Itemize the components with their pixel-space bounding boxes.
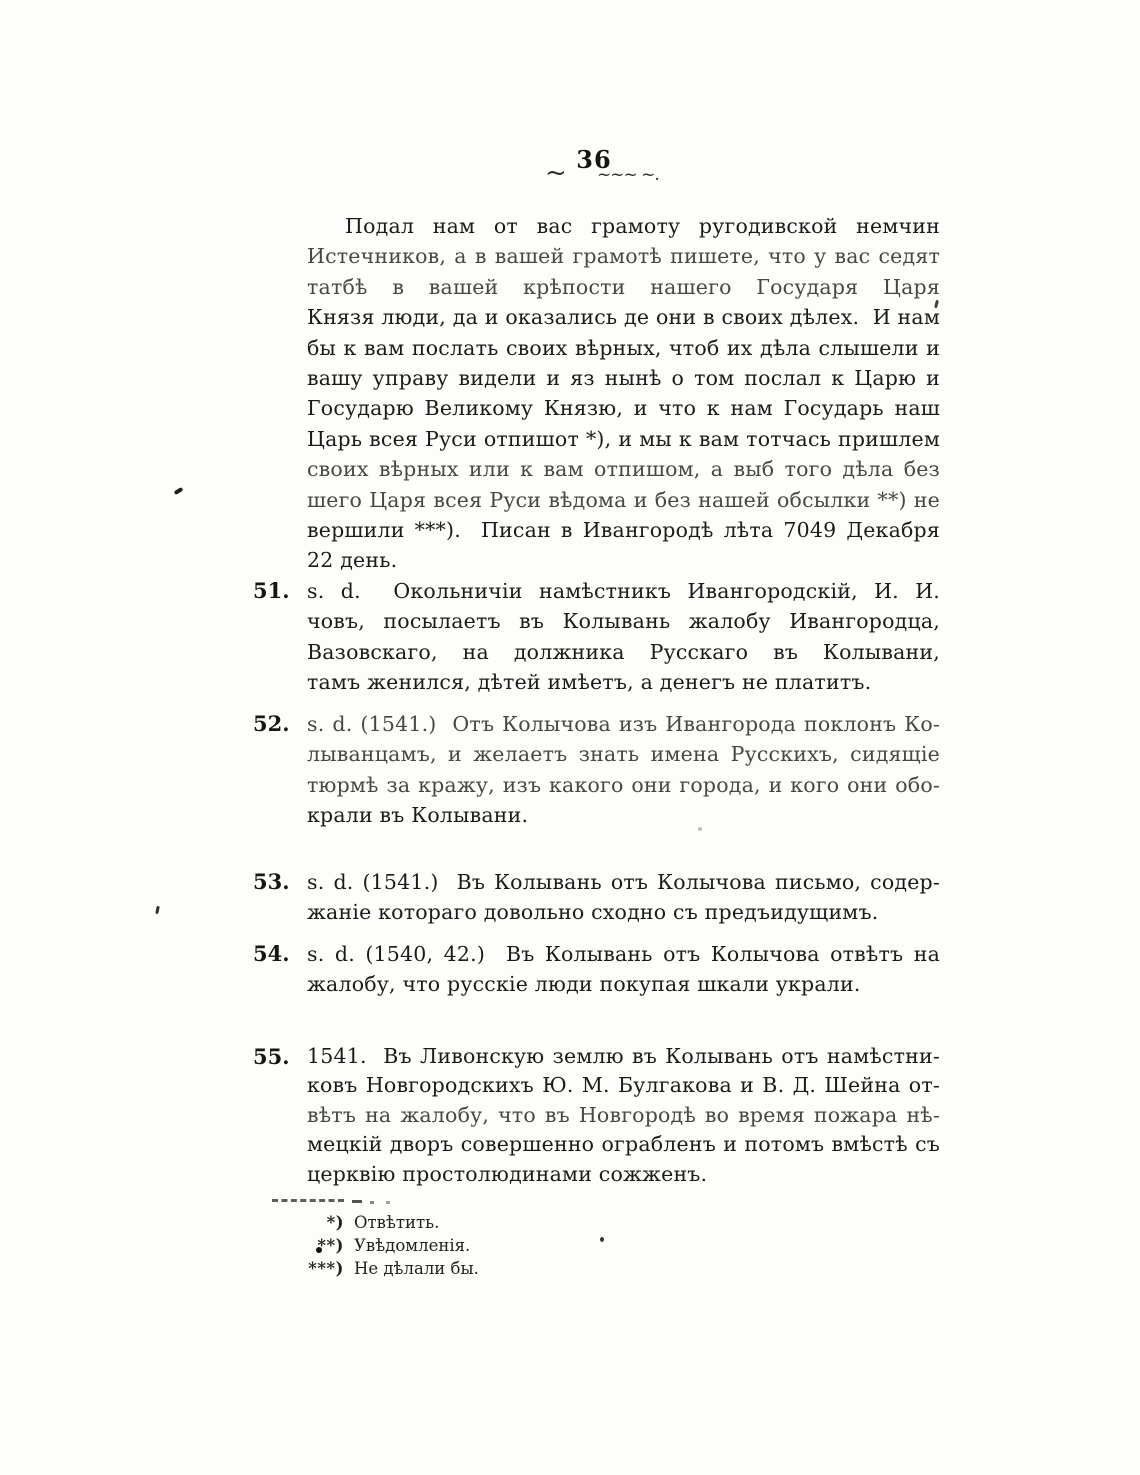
entry-53-number: 53. <box>253 867 301 897</box>
header-ornament-left-icon: ~ <box>545 158 567 188</box>
footnote-text: Увѣдомленія. <box>354 1236 470 1255</box>
entry-54: s. d. (1540, 42.) Въ Колывань отъ Колычо… <box>307 939 940 1000</box>
footnote-text: Отвѣтить. <box>354 1213 439 1232</box>
entry-55: 1541. Въ Ливонскую землю въ Колывань отъ… <box>307 1042 940 1189</box>
footnote-marker: *) <box>276 1211 344 1234</box>
paragraph-line: бы к вам послать своих вѣрных, чтоб их д… <box>307 333 940 363</box>
paragraph-line: Подал нам от вас грамоту ругодивской нем… <box>307 211 940 241</box>
scan-artifact <box>316 1247 322 1253</box>
footnote-1: *)Отвѣтить. <box>276 1211 836 1234</box>
entry-line: церквію простолюдинами сожженъ. <box>307 1160 940 1189</box>
entry-line: s. d. Окольничіи намѣстникъ Ивангородскі… <box>307 576 940 606</box>
letter-paragraph: Подал нам от вас грамоту ругодивской нем… <box>307 211 940 576</box>
entry-55-number: 55. <box>253 1042 301 1072</box>
entry-52: s. d. (1541.) Отъ Колычова изъ Ивангород… <box>307 709 940 831</box>
entry-line: лыванцамъ, и желаетъ знать имена Русских… <box>307 739 940 769</box>
paragraph-line: татбѣ в вашей крѣпости нашего Государя Ц… <box>307 272 940 302</box>
entry-line: s. d. (1540, 42.) Въ Колывань отъ Колычо… <box>307 939 940 969</box>
paragraph-line: своих вѣрных или к вам отпишом, а выб то… <box>307 454 940 484</box>
paragraph-line: Царь всея Руси отпишот *), и мы к вам то… <box>307 424 940 454</box>
footnote-2: **)Увѣдомленія. <box>276 1234 836 1257</box>
footnote-separator-fragment <box>352 1200 362 1203</box>
paragraph-line: вершили ***). Писан в Ивангородѣ лѣта 70… <box>307 515 940 545</box>
paragraph-line: Государю Великому Князю, и что к нам Гос… <box>307 393 940 423</box>
footnote-separator-fragment <box>370 1201 374 1204</box>
entry-line: вѣтъ на жалобу, что въ Новгородѣ во врем… <box>307 1101 940 1130</box>
scan-artifact <box>600 1237 604 1242</box>
entry-line: човъ, посылаетъ въ Колывань жалобу Иванг… <box>307 606 940 636</box>
footnote-marker: ***) <box>276 1257 344 1280</box>
footnote-separator <box>272 1199 344 1202</box>
entry-line: тамъ женился, дѣтей имѣетъ, а денегъ не … <box>307 667 940 697</box>
entry-line: жалобу, что русскіе люди покупая шкали у… <box>307 969 940 999</box>
footnote-marker: **) <box>276 1234 344 1257</box>
footnote-text: Не дѣлали бы. <box>354 1259 479 1278</box>
scanned-book-page: 36 ~ ~~~ ~. Подал нам от вас грамоту руг… <box>0 0 1140 1475</box>
footnote-separator-fragment <box>386 1201 390 1204</box>
paragraph-line: Истечников, а в вашей грамотѣ пишете, чт… <box>307 241 940 271</box>
entry-line: мецкій дворъ совершенно ограбленъ и пото… <box>307 1130 940 1159</box>
entry-line: Вазовскаго, на должника Русскаго въ Колы… <box>307 637 940 667</box>
scan-artifact <box>698 827 702 831</box>
paragraph-line: Князя люди, да и оказались де они в свои… <box>307 302 940 332</box>
entry-54-number: 54. <box>253 939 301 969</box>
paragraph-line: вашу управу видели и яз нынѣ о том посла… <box>307 363 940 393</box>
footnote-3: ***)Не дѣлали бы. <box>276 1257 836 1280</box>
scan-artifact <box>174 487 184 495</box>
entry-line: жаніе котораго довольно сходно съ предъи… <box>307 897 940 927</box>
entry-line: s. d. (1541.) Отъ Колычова изъ Ивангород… <box>307 709 940 739</box>
paragraph-line: 22 день. <box>307 545 940 575</box>
entry-53: s. d. (1541.) Въ Колывань отъ Колычова п… <box>307 867 940 928</box>
entry-line: тюрмѣ за кражу, изъ какого они города, и… <box>307 770 940 800</box>
entry-line: ковъ Новгородскихъ Ю. М. Булгакова и В. … <box>307 1071 940 1100</box>
entry-52-number: 52. <box>253 709 301 739</box>
scan-artifact <box>155 906 160 914</box>
entry-line: крали въ Колывани. <box>307 800 940 830</box>
header-ornament-right-icon: ~~~ ~. <box>597 165 659 185</box>
entry-line: s. d. (1541.) Въ Колывань отъ Колычова п… <box>307 867 940 897</box>
entry-51-number: 51. <box>253 576 301 606</box>
entry-51: s. d. Окольничіи намѣстникъ Ивангородскі… <box>307 576 940 698</box>
paragraph-line: шего Царя всея Руси вѣдома и без нашей о… <box>307 485 940 515</box>
entry-line: 1541. Въ Ливонскую землю въ Колывань отъ… <box>307 1042 940 1071</box>
